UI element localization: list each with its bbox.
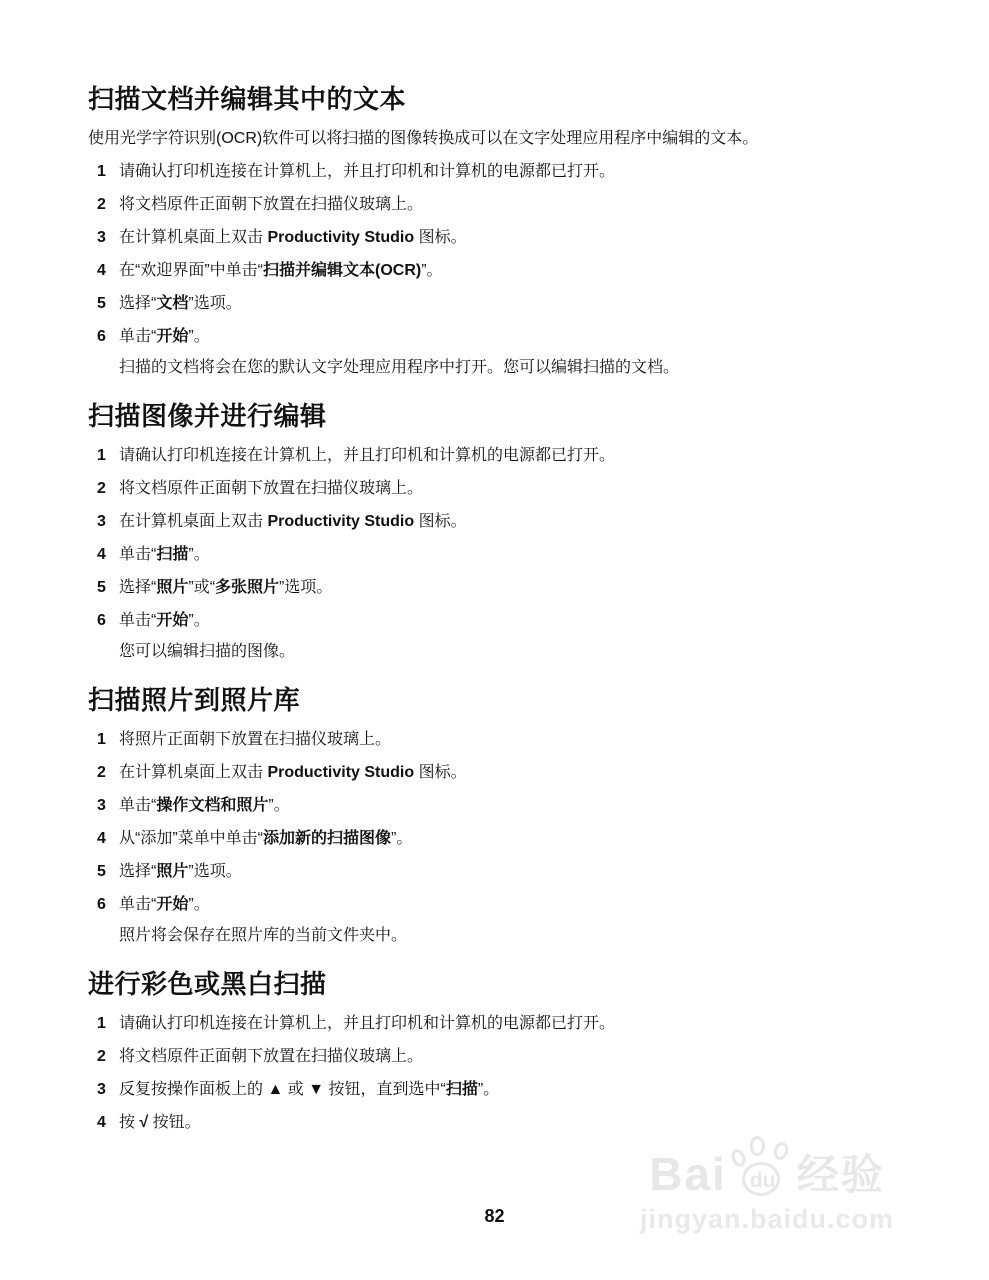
step-item: 1请确认打印机连接在计算机上，并且打印机和计算机的电源都已打开。 <box>88 1015 906 1033</box>
step-item: 3在计算机桌面上双击 Productivity Studio 图标。 <box>88 229 906 247</box>
step-text: 请确认打印机连接在计算机上，并且打印机和计算机的电源都已打开。 <box>119 163 615 181</box>
step-note: 照片将会保存在照片库的当前文件夹中。 <box>119 927 906 945</box>
step-number: 1 <box>97 447 119 465</box>
section-title: 进行彩色或黑白扫描 <box>88 969 906 999</box>
step-number: 5 <box>97 863 119 881</box>
baidu-logo-text-bai: Bai <box>649 1148 727 1200</box>
section-title: 扫描照片到照片库 <box>88 685 906 715</box>
step-note: 扫描的文档将会在您的默认文字处理应用程序中打开。您可以编辑扫描的文档。 <box>119 359 906 377</box>
baidu-logo: Bai du 经验 <box>597 1136 937 1200</box>
step-item: 1请确认打印机连接在计算机上，并且打印机和计算机的电源都已打开。 <box>88 447 906 465</box>
step-item: 4在“欢迎界面”中单击“扫描并编辑文本(OCR)”。 <box>88 262 906 280</box>
step-item: 3单击“操作文档和照片”。 <box>88 797 906 815</box>
baidu-paw-icon: du <box>729 1136 795 1200</box>
step-item: 5选择“照片”或“多张照片”选项。 <box>88 579 906 597</box>
step-number: 3 <box>97 229 119 247</box>
step-number: 4 <box>97 1114 119 1132</box>
section-intro: 使用光学字符识别(OCR)软件可以将扫描的图像转换成可以在文字处理应用程序中编辑… <box>88 130 906 148</box>
step-text: 按 √ 按钮。 <box>119 1114 201 1132</box>
step-text: 请确认打印机连接在计算机上，并且打印机和计算机的电源都已打开。 <box>119 1015 615 1033</box>
step-text: 从“添加”菜单中单击“添加新的扫描图像”。 <box>119 830 412 848</box>
step-number: 4 <box>97 546 119 564</box>
step-text: 在计算机桌面上双击 Productivity Studio 图标。 <box>119 513 467 531</box>
step-item: 4从“添加”菜单中单击“添加新的扫描图像”。 <box>88 830 906 848</box>
step-item: 1将照片正面朝下放置在扫描仪玻璃上。 <box>88 731 906 749</box>
step-text: 单击“开始”。 <box>119 896 210 914</box>
step-number: 1 <box>97 1015 119 1033</box>
step-number: 3 <box>97 797 119 815</box>
step-text: 在计算机桌面上双击 Productivity Studio 图标。 <box>119 764 467 782</box>
step-item: 2将文档原件正面朝下放置在扫描仪玻璃上。 <box>88 480 906 498</box>
step-text: 单击“开始”。 <box>119 328 210 346</box>
step-item: 2将文档原件正面朝下放置在扫描仪玻璃上。 <box>88 1048 906 1066</box>
jingyan-logo-text: 经验 <box>797 1150 885 1200</box>
step-number: 2 <box>97 480 119 498</box>
step-text: 将照片正面朝下放置在扫描仪玻璃上。 <box>119 731 391 749</box>
step-item: 4单击“扫描”。 <box>88 546 906 564</box>
step-text: 单击“开始”。 <box>119 612 210 630</box>
step-text: 单击“操作文档和照片”。 <box>119 797 290 815</box>
manual-page: { "sections": [ { "title": "扫描文档并编辑其中的文本… <box>0 0 989 1280</box>
step-number: 3 <box>97 1081 119 1099</box>
step-text: 请确认打印机连接在计算机上，并且打印机和计算机的电源都已打开。 <box>119 447 615 465</box>
section-4: 进行彩色或黑白扫描1请确认打印机连接在计算机上，并且打印机和计算机的电源都已打开… <box>88 969 906 1132</box>
step-item: 6单击“开始”。 <box>88 896 906 914</box>
step-text: 将文档原件正面朝下放置在扫描仪玻璃上。 <box>119 1048 423 1066</box>
section-1: 扫描文档并编辑其中的文本使用光学字符识别(OCR)软件可以将扫描的图像转换成可以… <box>88 84 906 377</box>
step-number: 2 <box>97 764 119 782</box>
step-item: 2在计算机桌面上双击 Productivity Studio 图标。 <box>88 764 906 782</box>
step-number: 6 <box>97 896 119 914</box>
step-item: 3反复按操作面板上的 ▲ 或 ▼ 按钮，直到选中“扫描”。 <box>88 1081 906 1099</box>
step-item: 5选择“文档”选项。 <box>88 295 906 313</box>
step-item: 2将文档原件正面朝下放置在扫描仪玻璃上。 <box>88 196 906 214</box>
step-number: 2 <box>97 196 119 214</box>
step-item: 6单击“开始”。 <box>88 612 906 630</box>
step-text: 在计算机桌面上双击 Productivity Studio 图标。 <box>119 229 467 247</box>
step-text: 将文档原件正面朝下放置在扫描仪玻璃上。 <box>119 196 423 214</box>
step-text: 选择“照片”或“多张照片”选项。 <box>119 579 332 597</box>
step-number: 5 <box>97 579 119 597</box>
step-note: 您可以编辑扫描的图像。 <box>119 643 906 661</box>
step-item: 3在计算机桌面上双击 Productivity Studio 图标。 <box>88 513 906 531</box>
sections: 扫描文档并编辑其中的文本使用光学字符识别(OCR)软件可以将扫描的图像转换成可以… <box>88 84 906 1147</box>
baidu-logo-text-du: du <box>750 1169 776 1193</box>
step-text: 选择“文档”选项。 <box>119 295 242 313</box>
step-number: 3 <box>97 513 119 531</box>
step-item: 1请确认打印机连接在计算机上，并且打印机和计算机的电源都已打开。 <box>88 163 906 181</box>
step-item: 6单击“开始”。 <box>88 328 906 346</box>
step-item: 5选择“照片”选项。 <box>88 863 906 881</box>
step-number: 1 <box>97 163 119 181</box>
step-text: 选择“照片”选项。 <box>119 863 242 881</box>
step-item: 4按 √ 按钮。 <box>88 1114 906 1132</box>
step-text: 单击“扫描”。 <box>119 546 210 564</box>
baidu-jingyan-watermark: Bai du 经验 jingyan.baidu.com <box>597 1136 937 1235</box>
step-number: 2 <box>97 1048 119 1066</box>
step-number: 4 <box>97 262 119 280</box>
step-number: 5 <box>97 295 119 313</box>
step-text: 反复按操作面板上的 ▲ 或 ▼ 按钮，直到选中“扫描”。 <box>119 1081 499 1099</box>
step-text: 在“欢迎界面”中单击“扫描并编辑文本(OCR)”。 <box>119 262 443 280</box>
section-title: 扫描文档并编辑其中的文本 <box>88 84 906 114</box>
step-text: 将文档原件正面朝下放置在扫描仪玻璃上。 <box>119 480 423 498</box>
watermark-url: jingyan.baidu.com <box>597 1204 937 1235</box>
step-number: 6 <box>97 612 119 630</box>
section-title: 扫描图像并进行编辑 <box>88 401 906 431</box>
step-number: 6 <box>97 328 119 346</box>
step-number: 1 <box>97 731 119 749</box>
section-2: 扫描图像并进行编辑1请确认打印机连接在计算机上，并且打印机和计算机的电源都已打开… <box>88 401 906 661</box>
section-3: 扫描照片到照片库1将照片正面朝下放置在扫描仪玻璃上。2在计算机桌面上双击 Pro… <box>88 685 906 945</box>
step-number: 4 <box>97 830 119 848</box>
